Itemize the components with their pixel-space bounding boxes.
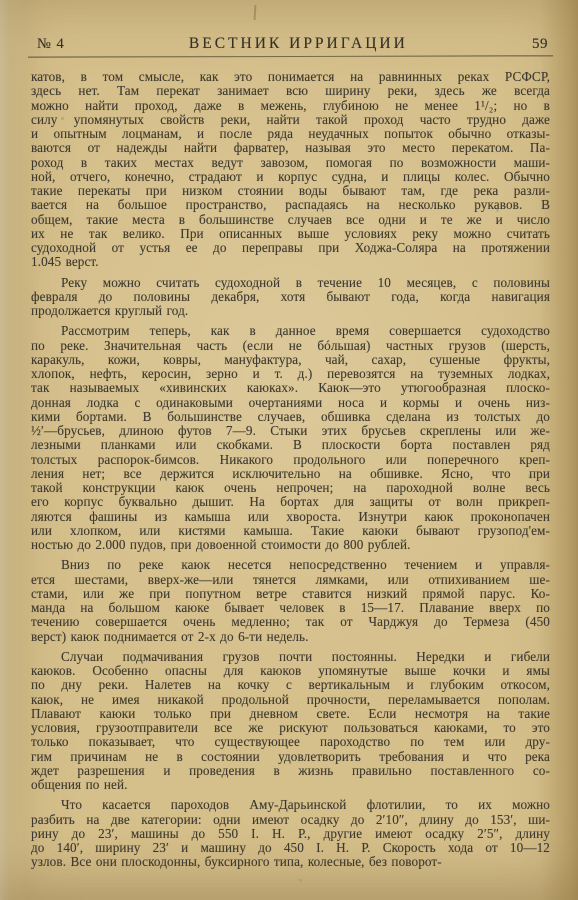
text-line: продолжается круглый год. [31,304,550,318]
text-line: ваются от надежды найти фарватер, называ… [31,141,550,155]
text-line: Плавают каюки только при дневном свете. … [31,707,550,721]
text-line: силу упомянутых свойств реки, найти тако… [31,113,550,127]
text-line: манда на большом каюке бывает человек в … [31,601,550,615]
paper-speckles [0,0,1,1]
text-line: 1.045 верст. [31,255,550,269]
text-line: до 140′, ширину 23′ и машину до 450 I. Н… [31,841,550,855]
text-line: судоходной от устья ее до переправы при … [31,241,550,255]
text-line: ½′—брусьев, длиною футов 7—9. Стыки этих… [31,424,550,438]
text-line: общем, такие места в большинстве случаев… [31,213,550,227]
text-line: течению совершается очень медленно; так … [31,615,550,629]
text-line: ждет разрешения и проведения в жизнь пра… [31,764,550,778]
text-line: Реку можно считать судоходной в течение … [31,276,550,290]
text-line: по дну реки. Налетев на кочку с вертикал… [31,678,550,692]
text-line: так называемых «хивинских каюках». Каюк—… [31,381,550,395]
text-line: Вниз по реке каюк несется непосредственн… [31,558,550,572]
text-line: их не так велико. При описанных выше усл… [31,227,550,241]
text-line: ностью до 2.000 пудов, при довоенной сто… [31,538,550,552]
text-line: или хлопком, или кистями камыша. Такие к… [31,524,550,538]
journal-title: ВЕСТНИК ИРРИГАЦИИ [189,35,408,53]
text-line: рину до 23′, машины до 550 I. Н. Р., дру… [31,827,550,841]
text-line: лезными планками или скобками. В плоскос… [31,438,550,452]
text-line: каюков. Особенно опасны для каюков упомя… [31,664,550,678]
text-line: Рассмотрим теперь, как в данное время со… [31,324,550,338]
text-line: донная лодка с одинаковыми очертаниями н… [31,396,550,410]
text-line: каракуль, кожи, ковры, мануфактура, чай,… [31,353,550,367]
text-line: февраля до половины декабря, хотя бывают… [31,290,550,304]
page-number: 59 [532,36,548,53]
text-line: каюк, не имея никакой продольной прочнос… [31,693,550,707]
text-line: гим причинам не в состоянии удовлетворит… [31,750,550,764]
text-line: верст) каюк поднимается от 2-х до 6-ти н… [31,630,550,644]
paragraph-1: катов, в том смысле, как это понимается … [31,70,550,270]
text-line: такие перекаты при низком стоянии воды б… [31,184,550,198]
text-line: стами, или же при попутном ветре ставитс… [31,587,550,601]
text-line: такой конструкции каюк очень непрочен; н… [31,481,550,495]
text-line: катов, в том смысле, как это понимается … [31,70,550,84]
text-line: по реке. Значительная часть (если не бóл… [31,339,550,353]
text-line: роход в таких местах ведут завозом, помо… [31,156,550,170]
text-line: Случаи подмачивания грузов почти постоян… [31,650,550,664]
scan-artifact-mark [254,5,257,20]
page-header: № 4 ВЕСТНИК ИРРИГАЦИИ 59 [37,35,548,53]
text-line: Что касается пароходов Аму-Дарьинской фл… [31,798,550,812]
text-line: толстых распорок-бимсов. Никакого продол… [31,453,550,467]
text-line: и опытным лоцманам, и после ряда неудачн… [31,127,550,141]
text-line: разбить на две категории: одни имеют оса… [31,813,550,827]
issue-number: № 4 [37,36,65,53]
paragraph-5: Случаи подмачивания грузов почти постоян… [31,650,550,793]
paragraph-4: Вниз по реке каюк несется непосредственн… [31,558,550,644]
text-line: общения по ней. [31,778,550,792]
text-line: вается на большое пространство, распадая… [31,198,550,212]
text-line: узлов. Все они плоскодонны, буксирного т… [31,855,550,869]
text-line: хлопок, нефть, керосин, зерно и т. д.) п… [31,367,550,381]
page-body: катов, в том смысле, как это понимается … [31,70,550,870]
paragraph-3: Рассмотрим теперь, как в данное время со… [31,324,550,552]
text-line: условия, грузоотправители все же рискуют… [31,721,550,735]
text-line: ления нет; все держится исключительно на… [31,467,550,481]
text-line: здесь нет. Там перекат занимает всю шири… [31,84,550,98]
text-line: ной, отчего, конечно, страдают и корпус … [31,170,550,184]
paragraph-6: Что касается пароходов Аму-Дарьинской фл… [31,798,550,869]
scanned-journal-page: № 4 ВЕСТНИК ИРРИГАЦИИ 59 катов, в том см… [0,0,578,900]
paragraph-2: Реку можно считать судоходной в течение … [31,276,550,319]
header-rule [28,55,553,58]
text-line: его корпус буквально дышит. На бортах дл… [31,495,550,509]
text-line: можно найти проход, даже в межень, глуби… [31,99,550,113]
text-line: только показывает, что существующее паро… [31,735,550,749]
text-line: ляются фашины из камыша или хвороста. Из… [31,510,550,524]
text-line: ется шестами, вверх-же—или тянется лямка… [31,573,550,587]
text-line: кими бортами. В большинстве случаев, обш… [31,410,550,424]
